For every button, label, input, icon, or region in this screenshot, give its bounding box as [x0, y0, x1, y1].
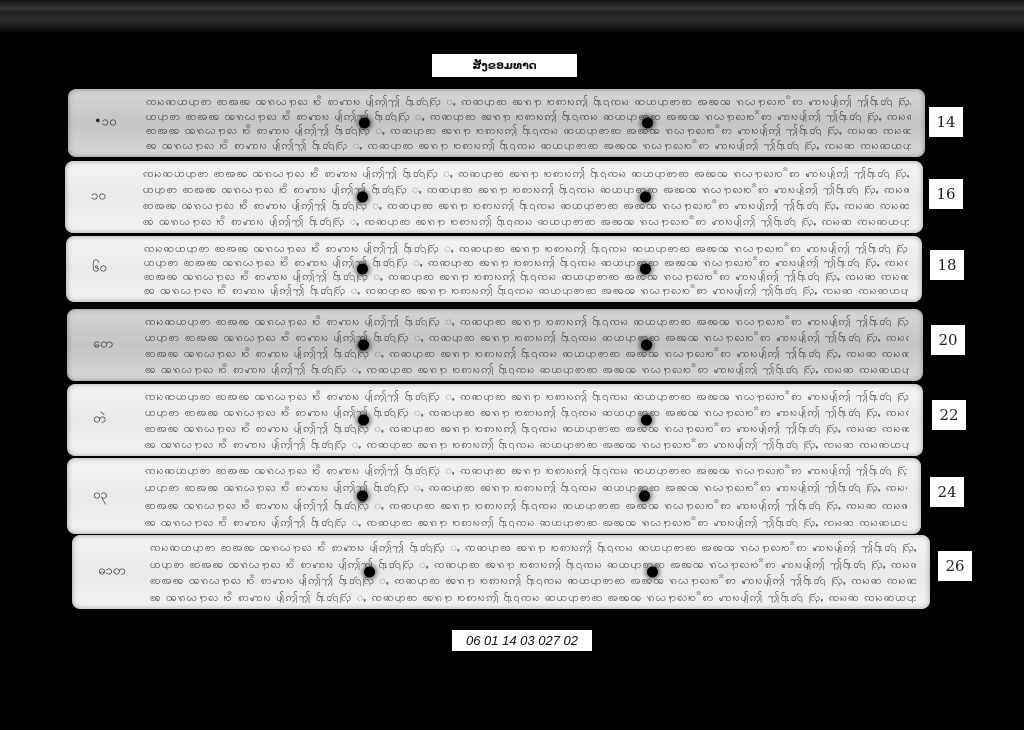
- script-line: ꩩ ꩪꩫꩬꩭꩮ ꩯꩰ ꩱꩲꩳ ꩴꩵꩶ ꩷꩸꩹ꩺ ꩻ ꩡꩣꩥꩧ ꩩꩫꩭ ꩯꩱꩳꩵ …: [144, 284, 908, 296]
- binding-hole: [358, 415, 369, 426]
- binding-hole: [640, 264, 651, 275]
- script-line: ꩤꩥꩦ ꩧꩨꩩ ꩪꩫꩬꩭꩮ ꩯꩰ ꩱꩲꩳ ꩴꩵꩶ ꩷꩸꩹ꩺ ꩻ ꩡꩣꩥꩧ ꩩꩫꩭ…: [145, 331, 909, 343]
- binding-hole: [641, 415, 652, 426]
- binding-hole: [641, 340, 652, 351]
- script-line: ꩡꩢꩣꩤꩥꩦ ꩧꩨꩩ ꩪꩫꩬꩭꩮ ꩯꩰ ꩱꩲꩳ ꩴꩵꩶ ꩷꩸꩹ꩺ ꩻ ꩡꩣꩥꩧ …: [145, 390, 909, 402]
- folio-margin-numeral: တဲ: [93, 411, 106, 430]
- script-line: ꩩ ꩪꩫꩬꩭꩮ ꩯꩰ ꩱꩲꩳ ꩴꩵꩶ ꩷꩸꩹ꩺ ꩻ ꩡꩣꩥꩧ ꩩꩫꩭ ꩯꩱꩳꩵ …: [143, 215, 909, 227]
- script-line: ꩤꩥꩦ ꩧꩨꩩ ꩪꩫꩬꩭꩮ ꩯꩰ ꩱꩲꩳ ꩴꩵꩶ ꩷꩸꩹ꩺ ꩻ ꩡꩣꩥꩧ ꩩꩫꩭ…: [150, 558, 916, 570]
- script-line: ꩧꩨꩩ ꩪꩫꩬꩭꩮ ꩯꩰ ꩱꩲꩳ ꩴꩵꩶ ꩷꩸꩹ꩺ ꩻ ꩡꩣꩥꩧ ꩩꩫꩭ ꩯꩱꩳ…: [146, 124, 911, 136]
- script-line: ꩡꩢꩣꩤꩥꩦ ꩧꩨꩩ ꩪꩫꩬꩭꩮ ꩯꩰ ꩱꩲꩳ ꩴꩵꩶ ꩷꩸꩹ꩺ ꩻ ꩡꩣꩥꩧ …: [143, 167, 909, 179]
- binding-hole: [642, 118, 653, 129]
- folio-margin-numeral: ၁၀: [91, 188, 106, 207]
- script-line: ꩩ ꩪꩫꩬꩭꩮ ꩯꩰ ꩱꩲꩳ ꩴꩵꩶ ꩷꩸꩹ꩺ ꩻ ꩡꩣꩥꩧ ꩩꩫꩭ ꩯꩱꩳꩵ …: [145, 363, 909, 375]
- binding-hole: [364, 567, 375, 578]
- script-line: ꩤꩥꩦ ꩧꩨꩩ ꩪꩫꩬꩭꩮ ꩯꩰ ꩱꩲꩳ ꩴꩵꩶ ꩷꩸꩹ꩺ ꩻ ꩡꩣꩥꩧ ꩩꩫꩭ…: [146, 110, 911, 122]
- binding-hole: [357, 264, 368, 275]
- script-line: ꩡꩢꩣꩤꩥꩦ ꩧꩨꩩ ꩪꩫꩬꩭꩮ ꩯꩰ ꩱꩲꩳ ꩴꩵꩶ ꩷꩸꩹ꩺ ꩻ ꩡꩣꩥꩧ …: [145, 315, 909, 327]
- folio-script-text: ꩡꩢꩣꩤꩥꩦ ꩧꩨꩩ ꩪꩫꩬꩭꩮ ꩯꩰ ꩱꩲꩳ ꩴꩵꩶ ꩷꩸꩹ꩺ ꩻ ꩡꩣꩥꩧ …: [150, 541, 916, 603]
- folio-margin-numeral: ဓၥတ: [98, 563, 125, 582]
- binding-hole: [639, 491, 650, 502]
- script-line: ꩩ ꩪꩫꩬꩭꩮ ꩯꩰ ꩱꩲꩳ ꩴꩵꩶ ꩷꩸꩹ꩺ ꩻ ꩡꩣꩥꩧ ꩩꩫꩭ ꩯꩱꩳꩵ …: [145, 438, 909, 450]
- binding-hole: [357, 192, 368, 203]
- palm-leaf-folio: တဲꩡꩢꩣꩤꩥꩦ ꩧꩨꩩ ꩪꩫꩬꩭꩮ ꩯꩰ ꩱꩲꩳ ꩴꩵꩶ ꩷꩸꩹ꩺ ꩻ ꩡꩣꩥ…: [67, 384, 923, 456]
- palm-leaf-folio: ၁၀ꩡꩢꩣꩤꩥꩦ ꩧꩨꩩ ꩪꩫꩬꩭꩮ ꩯꩰ ꩱꩲꩳ ꩴꩵꩶ ꩷꩸꩹ꩺ ꩻ ꩡꩣꩥ…: [65, 161, 923, 233]
- folio-script-text: ꩡꩢꩣꩤꩥꩦ ꩧꩨꩩ ꩪꩫꩬꩭꩮ ꩯꩰ ꩱꩲꩳ ꩴꩵꩶ ꩷꩸꩹ꩺ ꩻ ꩡꩣꩥꩧ …: [144, 242, 908, 296]
- page-number-label: 26: [938, 551, 972, 581]
- script-line: ꩡꩢꩣꩤꩥꩦ ꩧꩨꩩ ꩪꩫꩬꩭꩮ ꩯꩰ ꩱꩲꩳ ꩴꩵꩶ ꩷꩸꩹ꩺ ꩻ ꩡꩣꩥꩧ …: [145, 464, 907, 476]
- script-line: ꩡꩢꩣꩤꩥꩦ ꩧꩨꩩ ꩪꩫꩬꩭꩮ ꩯꩰ ꩱꩲꩳ ꩴꩵꩶ ꩷꩸꩹ꩺ ꩻ ꩡꩣꩥꩧ …: [144, 242, 908, 254]
- folio-margin-numeral: •၁၀: [94, 114, 116, 133]
- folio-script-text: ꩡꩢꩣꩤꩥꩦ ꩧꩨꩩ ꩪꩫꩬꩭꩮ ꩯꩰ ꩱꩲꩳ ꩴꩵꩶ ꩷꩸꩹ꩺ ꩻ ꩡꩣꩥꩧ …: [145, 390, 909, 450]
- folio-script-text: ꩡꩢꩣꩤꩥꩦ ꩧꩨꩩ ꩪꩫꩬꩭꩮ ꩯꩰ ꩱꩲꩳ ꩴꩵꩶ ꩷꩸꩹ꩺ ꩻ ꩡꩣꩥꩧ …: [145, 464, 907, 528]
- script-line: ꩩ ꩪꩫꩬꩭꩮ ꩯꩰ ꩱꩲꩳ ꩴꩵꩶ ꩷꩸꩹ꩺ ꩻ ꩡꩣꩥꩧ ꩩꩫꩭ ꩯꩱꩳꩵ …: [150, 591, 916, 603]
- folio-margin-numeral: တေ: [93, 336, 113, 355]
- script-line: ꩤꩥꩦ ꩧꩨꩩ ꩪꩫꩬꩭꩮ ꩯꩰ ꩱꩲꩳ ꩴꩵꩶ ꩷꩸꩹ꩺ ꩻ ꩡꩣꩥꩧ ꩩꩫꩭ…: [145, 481, 907, 493]
- script-line: ꩡꩢꩣꩤꩥꩦ ꩧꩨꩩ ꩪꩫꩬꩭꩮ ꩯꩰ ꩱꩲꩳ ꩴꩵꩶ ꩷꩸꩹ꩺ ꩻ ꩡꩣꩥꩧ …: [146, 95, 911, 107]
- script-line: ꩧꩨꩩ ꩪꩫꩬꩭꩮ ꩯꩰ ꩱꩲꩳ ꩴꩵꩶ ꩷꩸꩹ꩺ ꩻ ꩡꩣꩥꩧ ꩩꩫꩭ ꩯꩱꩳ…: [143, 199, 909, 211]
- binding-hole: [640, 192, 651, 203]
- folio-script-text: ꩡꩢꩣꩤꩥꩦ ꩧꩨꩩ ꩪꩫꩬꩭꩮ ꩯꩰ ꩱꩲꩳ ꩴꩵꩶ ꩷꩸꩹ꩺ ꩻ ꩡꩣꩥꩧ …: [143, 167, 909, 227]
- page-number-label: 14: [929, 107, 963, 137]
- manuscript-title-label: ສັງຂອມທາດ: [432, 54, 577, 77]
- script-line: ꩤꩥꩦ ꩧꩨꩩ ꩪꩫꩬꩭꩮ ꩯꩰ ꩱꩲꩳ ꩴꩵꩶ ꩷꩸꩹ꩺ ꩻ ꩡꩣꩥꩧ ꩩꩫꩭ…: [145, 406, 909, 418]
- binding-hole: [357, 491, 368, 502]
- binding-hole: [647, 567, 658, 578]
- script-line: ꩡꩢꩣꩤꩥꩦ ꩧꩨꩩ ꩪꩫꩬꩭꩮ ꩯꩰ ꩱꩲꩳ ꩴꩵꩶ ꩷꩸꩹ꩺ ꩻ ꩡꩣꩥꩧ …: [150, 541, 916, 553]
- script-line: ꩤꩥꩦ ꩧꩨꩩ ꩪꩫꩬꩭꩮ ꩯꩰ ꩱꩲꩳ ꩴꩵꩶ ꩷꩸꩹ꩺ ꩻ ꩡꩣꩥꩧ ꩩꩫꩭ…: [143, 183, 909, 195]
- folio-script-text: ꩡꩢꩣꩤꩥꩦ ꩧꩨꩩ ꩪꩫꩬꩭꩮ ꩯꩰ ꩱꩲꩳ ꩴꩵꩶ ꩷꩸꩹ꩺ ꩻ ꩡꩣꩥꩧ …: [145, 315, 909, 375]
- script-line: ꩧꩨꩩ ꩪꩫꩬꩭꩮ ꩯꩰ ꩱꩲꩳ ꩴꩵꩶ ꩷꩸꩹ꩺ ꩻ ꩡꩣꩥꩧ ꩩꩫꩭ ꩯꩱꩳ…: [145, 499, 907, 511]
- page-number-label: 18: [930, 250, 964, 280]
- script-line: ꩤꩥꩦ ꩧꩨꩩ ꩪꩫꩬꩭꩮ ꩯꩰ ꩱꩲꩳ ꩴꩵꩶ ꩷꩸꩹ꩺ ꩻ ꩡꩣꩥꩧ ꩩꩫꩭ…: [144, 256, 908, 268]
- folio-margin-numeral: ၆၀: [92, 260, 107, 279]
- script-line: ꩩ ꩪꩫꩬꩭꩮ ꩯꩰ ꩱꩲꩳ ꩴꩵꩶ ꩷꩸꩹ꩺ ꩻ ꩡꩣꩥꩧ ꩩꩫꩭ ꩯꩱꩳꩵ …: [145, 516, 907, 528]
- page-number-label: 20: [931, 325, 965, 355]
- palm-leaf-folio: ဝ၃ꩡꩢꩣꩤꩥꩦ ꩧꩨꩩ ꩪꩫꩬꩭꩮ ꩯꩰ ꩱꩲꩳ ꩴꩵꩶ ꩷꩸꩹ꩺ ꩻ ꩡꩣꩥ…: [67, 458, 921, 534]
- page-number-label: 16: [929, 179, 963, 209]
- script-line: ꩧꩨꩩ ꩪꩫꩬꩭꩮ ꩯꩰ ꩱꩲꩳ ꩴꩵꩶ ꩷꩸꩹ꩺ ꩻ ꩡꩣꩥꩧ ꩩꩫꩭ ꩯꩱꩳ…: [145, 347, 909, 359]
- binding-hole: [358, 340, 369, 351]
- script-line: ꩧꩨꩩ ꩪꩫꩬꩭꩮ ꩯꩰ ꩱꩲꩳ ꩴꩵꩶ ꩷꩸꩹ꩺ ꩻ ꩡꩣꩥꩧ ꩩꩫꩭ ꩯꩱꩳ…: [150, 574, 916, 586]
- catalog-code-label: 06 01 14 03 027 02: [452, 630, 592, 651]
- folio-script-text: ꩡꩢꩣꩤꩥꩦ ꩧꩨꩩ ꩪꩫꩬꩭꩮ ꩯꩰ ꩱꩲꩳ ꩴꩵꩶ ꩷꩸꩹ꩺ ꩻ ꩡꩣꩥꩧ …: [146, 95, 911, 151]
- folio-margin-numeral: ဝ၃: [93, 487, 108, 506]
- palm-leaf-folio: ၆၀ꩡꩢꩣꩤꩥꩦ ꩧꩨꩩ ꩪꩫꩬꩭꩮ ꩯꩰ ꩱꩲꩳ ꩴꩵꩶ ꩷꩸꩹ꩺ ꩻ ꩡꩣꩥ…: [66, 236, 922, 302]
- palm-leaf-folio: တေꩡꩢꩣꩤꩥꩦ ꩧꩨꩩ ꩪꩫꩬꩭꩮ ꩯꩰ ꩱꩲꩳ ꩴꩵꩶ ꩷꩸꩹ꩺ ꩻ ꩡꩣꩥ…: [67, 309, 923, 381]
- page-number-label: 22: [932, 400, 966, 430]
- palm-leaf-folio: ဓၥတꩡꩢꩣꩤꩥꩦ ꩧꩨꩩ ꩪꩫꩬꩭꩮ ꩯꩰ ꩱꩲꩳ ꩴꩵꩶ ꩷꩸꩹ꩺ ꩻ ꩡꩣ…: [72, 535, 930, 609]
- palm-leaf-folio: •၁၀ꩡꩢꩣꩤꩥꩦ ꩧꩨꩩ ꩪꩫꩬꩭꩮ ꩯꩰ ꩱꩲꩳ ꩴꩵꩶ ꩷꩸꩹ꩺ ꩻ ꩡꩣ…: [68, 89, 925, 157]
- script-line: ꩩ ꩪꩫꩬꩭꩮ ꩯꩰ ꩱꩲꩳ ꩴꩵꩶ ꩷꩸꩹ꩺ ꩻ ꩡꩣꩥꩧ ꩩꩫꩭ ꩯꩱꩳꩵ …: [146, 139, 911, 151]
- binding-hole: [359, 118, 370, 129]
- script-line: ꩧꩨꩩ ꩪꩫꩬꩭꩮ ꩯꩰ ꩱꩲꩳ ꩴꩵꩶ ꩷꩸꩹ꩺ ꩻ ꩡꩣꩥꩧ ꩩꩫꩭ ꩯꩱꩳ…: [145, 422, 909, 434]
- scanner-edge-band: [0, 0, 1024, 32]
- page-number-label: 24: [930, 477, 964, 507]
- script-line: ꩧꩨꩩ ꩪꩫꩬꩭꩮ ꩯꩰ ꩱꩲꩳ ꩴꩵꩶ ꩷꩸꩹ꩺ ꩻ ꩡꩣꩥꩧ ꩩꩫꩭ ꩯꩱꩳ…: [144, 270, 908, 282]
